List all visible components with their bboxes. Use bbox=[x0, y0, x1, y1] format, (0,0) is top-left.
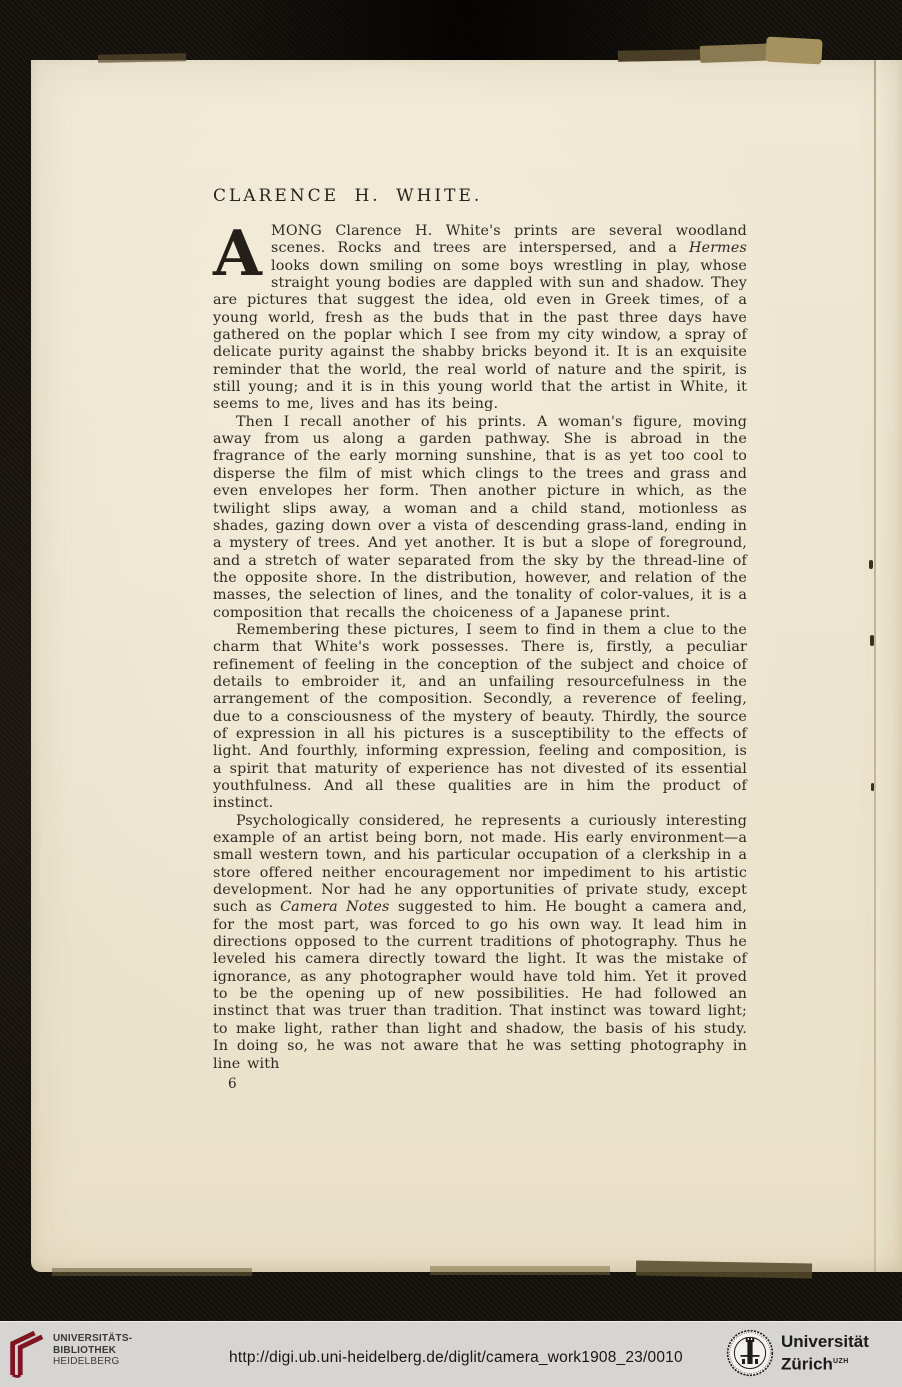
university-abbreviation: UZH bbox=[833, 1358, 849, 1365]
library-name: UNIVERSITÄTS- BIBLIOTHEK HEIDELBERG bbox=[53, 1333, 132, 1368]
binding-remnant bbox=[618, 49, 704, 61]
paper-speck bbox=[870, 635, 874, 646]
page-title: CLARENCE H. WHITE. bbox=[213, 186, 747, 206]
uzh-seal-icon bbox=[726, 1329, 774, 1377]
library-name-line3: HEIDELBERG bbox=[53, 1356, 132, 1368]
drop-cap-initial: A bbox=[213, 223, 271, 289]
document-url[interactable]: http://digi.ub.uni-heidelberg.de/diglit/… bbox=[229, 1349, 683, 1367]
paper-speck bbox=[869, 560, 873, 569]
university-city: ZürichUZH bbox=[781, 1352, 869, 1375]
paragraph: Remembering these pictures, I seem to fi… bbox=[213, 622, 747, 813]
body-paragraphs: AMONG Clarence H. White's prints are sev… bbox=[213, 223, 747, 1073]
heidelberg-open-book-icon bbox=[5, 1329, 47, 1379]
page-text-block: CLARENCE H. WHITE. AMONG Clarence H. Whi… bbox=[213, 186, 747, 1092]
binding-remnant bbox=[765, 37, 822, 65]
library-name-line2: BIBLIOTHEK bbox=[53, 1345, 132, 1357]
page-number: 6 bbox=[228, 1076, 747, 1092]
university-name: Universität bbox=[781, 1332, 869, 1352]
library-name-line1: UNIVERSITÄTS- bbox=[53, 1333, 132, 1345]
paper-speck bbox=[871, 783, 874, 791]
paragraph: AMONG Clarence H. White's prints are sev… bbox=[213, 223, 747, 414]
paragraph: Then I recall another of his prints. A w… bbox=[213, 414, 747, 622]
viewer-footer-bar: UNIVERSITÄTS- BIBLIOTHEK HEIDELBERG http… bbox=[0, 1321, 902, 1387]
binding-remnant bbox=[52, 1268, 252, 1276]
scanned-book-page: CLARENCE H. WHITE. AMONG Clarence H. Whi… bbox=[31, 60, 902, 1272]
binding-remnant bbox=[636, 1260, 812, 1278]
university-wordmark: Universität ZürichUZH bbox=[781, 1332, 869, 1375]
paragraph: Psychologically considered, he represent… bbox=[213, 813, 747, 1073]
book-scan-background: CLARENCE H. WHITE. AMONG Clarence H. Whi… bbox=[0, 0, 902, 1322]
binding-remnant bbox=[430, 1266, 610, 1275]
page-fold-edge bbox=[876, 60, 902, 1272]
binding-remnant bbox=[98, 53, 186, 63]
university-city-label: Zürich bbox=[781, 1355, 833, 1374]
